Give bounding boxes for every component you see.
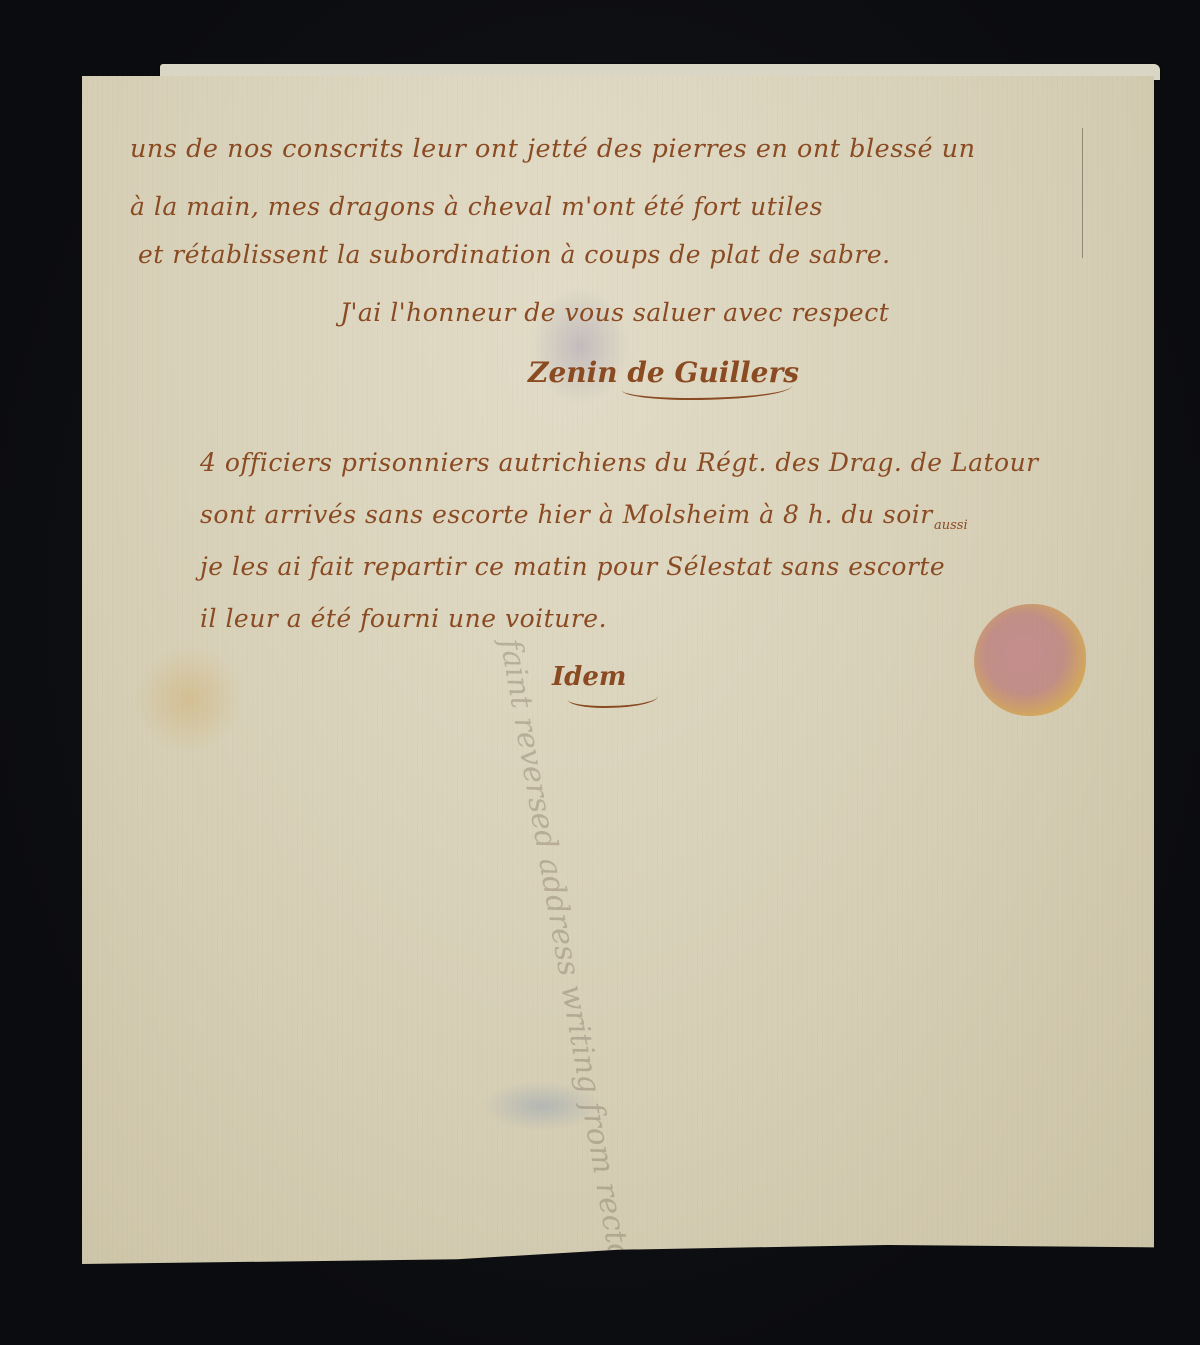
closing-line: J'ai l'honneur de vous saluer avec respe…	[340, 298, 889, 327]
postscript-line-3: je les ai fait repartir ce matin pour Sé…	[200, 552, 945, 581]
postscript-line-4: il leur a été fourni une voiture.	[200, 604, 607, 633]
foxing-stain-left	[134, 644, 244, 754]
letter-page: faint reversed address writing from rect…	[82, 76, 1154, 1264]
body-line-1: uns de nos conscrits leur ont jetté des …	[130, 134, 976, 163]
body-line-2: à la main, mes dragons à cheval m'ont ét…	[130, 192, 823, 221]
bleed-through-writing: faint reversed address writing from rect…	[493, 636, 637, 1264]
margin-rule	[1082, 128, 1083, 258]
postscript-insertion: aussi	[934, 518, 968, 533]
postscript-flourish	[568, 688, 658, 708]
postscript-line-1: 4 officiers prisonniers autrichiens du R…	[200, 448, 1039, 477]
body-line-3: et rétablissent la subordination à coups…	[138, 240, 891, 269]
signature-flourish	[622, 376, 792, 400]
postscript-line-2: sont arrivés sans escorte hier à Molshei…	[200, 500, 933, 529]
wax-seal-residue	[974, 604, 1086, 716]
